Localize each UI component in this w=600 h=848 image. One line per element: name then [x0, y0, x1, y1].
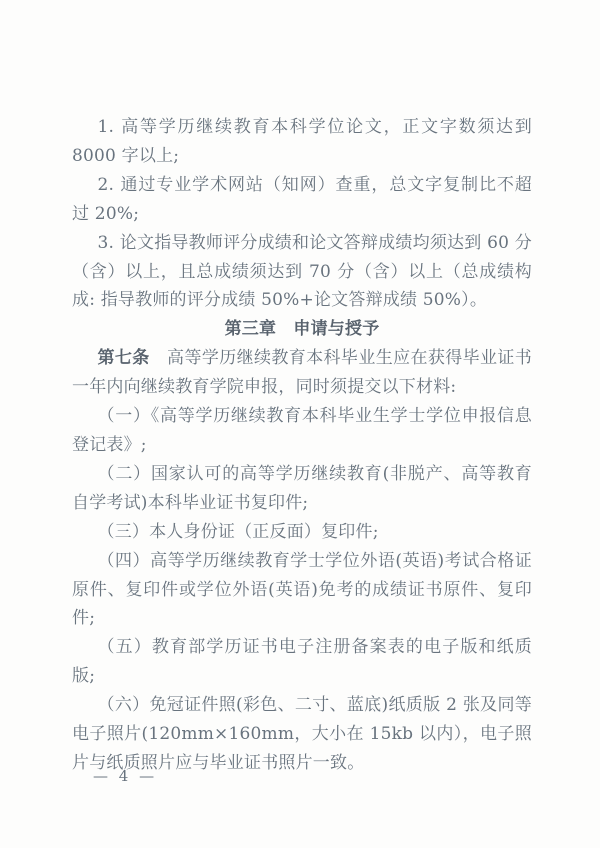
- paragraph: （一）《高等学历继续教育本科毕业生学士学位申报信息登记表》;: [72, 402, 532, 460]
- chapter-heading: 第三章 申请与授予: [72, 315, 532, 344]
- text-run-bold: 第七条: [98, 348, 150, 368]
- page-number: — 4 —: [93, 767, 157, 785]
- paragraph: （四）高等学历继续教育学士学位外语(英语)考试合格证原件、复印件或学位外语(英语…: [72, 547, 532, 634]
- text-run: （四）高等学历继续教育学士学位外语(英语)考试合格证原件、复印件或学位外语(英语…: [72, 551, 532, 629]
- paragraph: （六）免冠证件照(彩色、二寸、蓝底)纸质版 2 张及同等电子照片(120mm×1…: [72, 691, 532, 778]
- text-run-bold: 第三章 申请与授予: [225, 319, 380, 339]
- text-run: 2. 通过专业学术网站（知网）查重，总文字复制比不超过 20%;: [72, 175, 532, 224]
- document-body: 1. 高等学历继续教育本科学位论文，正文字数须达到 8000 字以上;2. 通过…: [72, 113, 532, 778]
- paragraph: 3. 论文指导教师评分成绩和论文答辩成绩均须达到 60 分（含）以上，且总成绩须…: [72, 229, 532, 316]
- text-run: （一）《高等学历继续教育本科毕业生学士学位申报信息登记表》;: [72, 406, 532, 455]
- paragraph: 第七条 高等学历继续教育本科毕业生应在获得毕业证书一年内向继续教育学院申报，同时…: [72, 344, 532, 402]
- text-run: （六）免冠证件照(彩色、二寸、蓝底)纸质版 2 张及同等电子照片(120mm×1…: [72, 695, 532, 773]
- text-run: （二）国家认可的高等学历继续教育(非脱产、高等教育自学考试)本科毕业证书复印件;: [72, 464, 532, 513]
- paragraph: （二）国家认可的高等学历继续教育(非脱产、高等教育自学考试)本科毕业证书复印件;: [72, 460, 532, 518]
- text-run: （三）本人身份证（正反面）复印件;: [98, 522, 379, 542]
- text-run: （五）教育部学历证书电子注册备案表的电子版和纸质版;: [72, 637, 532, 686]
- document-page: 1. 高等学历继续教育本科学位论文，正文字数须达到 8000 字以上;2. 通过…: [0, 0, 600, 848]
- paragraph: 1. 高等学历继续教育本科学位论文，正文字数须达到 8000 字以上;: [72, 113, 532, 171]
- paragraph: 2. 通过专业学术网站（知网）查重，总文字复制比不超过 20%;: [72, 171, 532, 229]
- text-run: 1. 高等学历继续教育本科学位论文，正文字数须达到 8000 字以上;: [72, 117, 532, 166]
- paragraph: （五）教育部学历证书电子注册备案表的电子版和纸质版;: [72, 633, 532, 691]
- paragraph: （三）本人身份证（正反面）复印件;: [72, 518, 532, 547]
- text-run: 3. 论文指导教师评分成绩和论文答辩成绩均须达到 60 分（含）以上，且总成绩须…: [72, 233, 532, 311]
